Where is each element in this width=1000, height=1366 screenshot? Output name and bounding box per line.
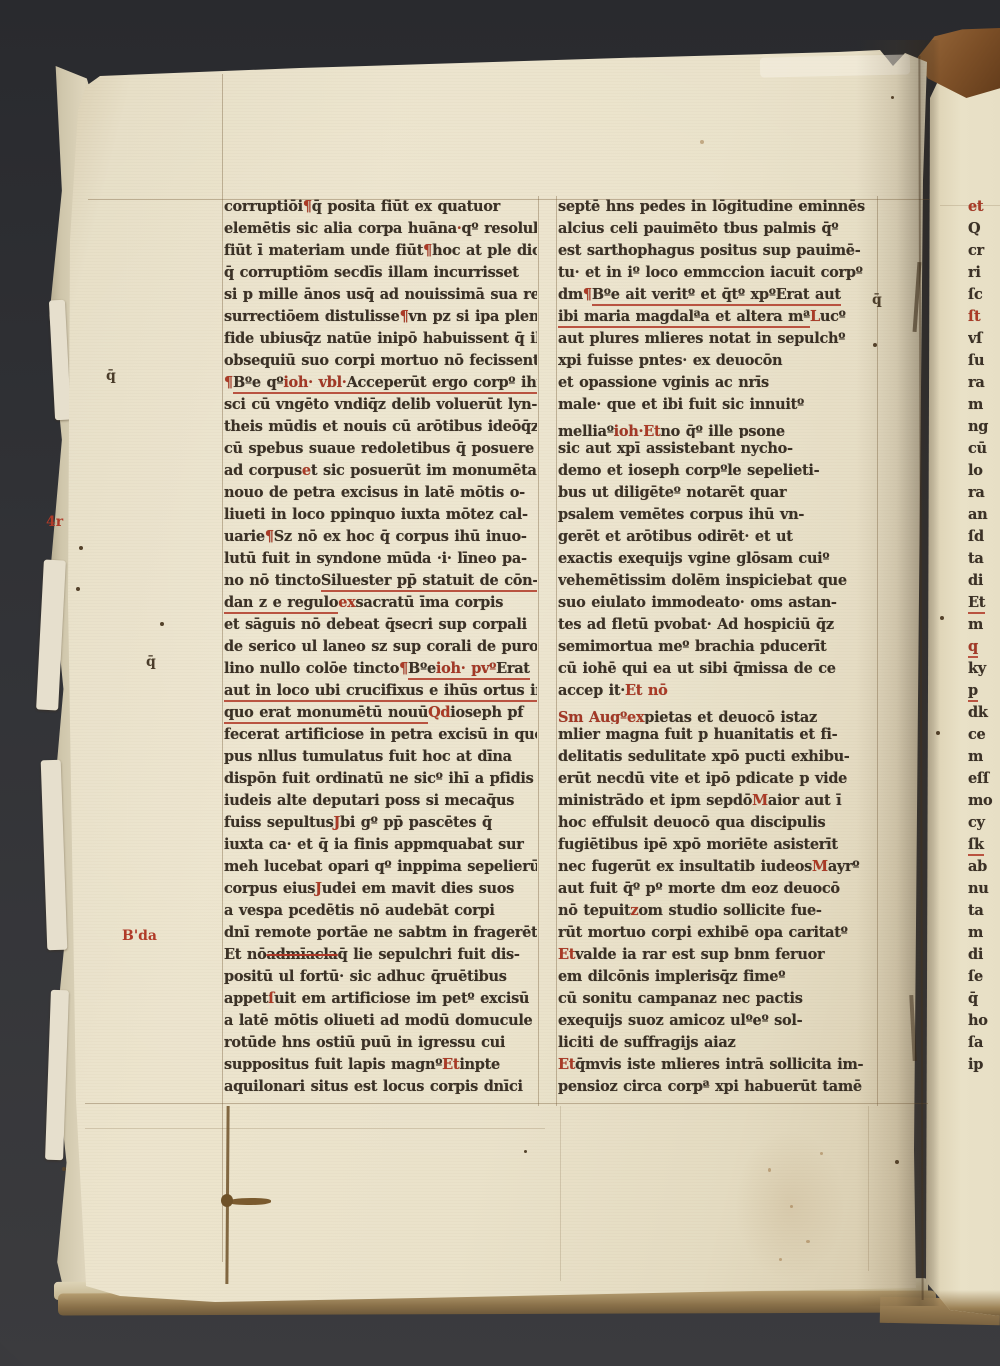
manuscript-line: fide ubiusq̄z natūe inipō habuissent q̄ …: [224, 328, 537, 350]
manuscript-line: erūt necdū vite et ipō pdicate p vide: [558, 768, 879, 790]
manuscript-line: ip: [968, 1054, 1000, 1076]
manuscript-line: tes ad fletū pvobat· Ad hospiciū q̄z: [558, 614, 879, 636]
manuscript-line: positū ul fortū· sic adhuc q̄ruētibus: [224, 966, 537, 988]
manuscript-line: psalem vemētes corpus ihū vn-: [558, 504, 879, 526]
manuscript-line: q: [968, 636, 1000, 658]
manuscript-line: elemētis sic alia corpa huāna · qº resol…: [224, 218, 537, 240]
ruling-line-bottom-2: [85, 1128, 545, 1129]
manuscript-line: xpi fuisse pntes· ex deuocōn: [558, 350, 879, 372]
pricking-dot: [873, 343, 877, 347]
manuscript-line: m: [968, 746, 1000, 768]
pricking-dot: [76, 587, 80, 591]
ruling-line-col2-left: [556, 196, 557, 1106]
manuscript-line: a latē mōtis oliueti ad modū domucule: [224, 1010, 537, 1032]
manuscript-line: dan z e regulo ex sacratū īma corpis: [224, 592, 537, 614]
manuscript-line: ng: [968, 416, 1000, 438]
manuscript-line: tu· et in iº loco emmccion iacuit corpº: [558, 262, 879, 284]
manuscript-line: et opassione vginis ac nrīs: [558, 372, 879, 394]
manuscript-line: dispōn fuit ordinatū ne sicº ihī a pfidi…: [224, 768, 537, 790]
manuscript-line: iuxta ca· et q̄ ia finis appmquabat sur: [224, 834, 537, 856]
manuscript-line: liciti de suffragijs aiaz: [558, 1032, 879, 1054]
manuscript-line: nouo de petra excisus in latē mōtis o-: [224, 482, 537, 504]
red-marginal-note: B'da: [122, 928, 157, 944]
manuscript-line: lutū fuit in syndone mūda ·i· līneo pa-: [224, 548, 537, 570]
manuscript-line: dnī remote portāe ne sabtm in fragerēt: [224, 922, 537, 944]
manuscript-line: Et: [968, 592, 1000, 614]
ruling-line-col1-right: [538, 196, 539, 1106]
manuscript-line: cū iohē qui ea ut sibi q̄missa de ce: [558, 658, 879, 680]
paraph-mark: q̄: [872, 292, 882, 308]
manuscript-line: fuiss sepultus Jbi gº pp̄ pascētes q̄: [224, 812, 537, 834]
manuscript-line: cy: [968, 812, 1000, 834]
manuscript-line: ra: [968, 372, 1000, 394]
manuscript-line: est sarthophagus positus sup pauimē-: [558, 240, 879, 262]
manuscript-line: pensioz circa corpª xpi habuerūt tamē: [558, 1076, 879, 1098]
manuscript-line: surrectiōem distulisse ¶ vn pz si ipa pl…: [224, 306, 537, 328]
manuscript-line: exequijs suoz amicoz ulºeº sol-: [558, 1010, 879, 1032]
manuscript-line: di: [968, 944, 1000, 966]
stain-speck: [700, 140, 704, 144]
pricking-dot: [524, 1150, 527, 1153]
manuscript-line: Sm Augº ex pietas et deuocō istaz: [558, 702, 879, 724]
manuscript-line: aut plures mlieres notat in sepulchº: [558, 328, 879, 350]
manuscript-line: ky: [968, 658, 1000, 680]
manuscript-line: semimortua meº brachia pducerīt: [558, 636, 879, 658]
manuscript-line: hoc effulsit deuocō qua discipulis: [558, 812, 879, 834]
manuscript-line: eſſ: [968, 768, 1000, 790]
text-column-left: corruptiōi ¶ q̄ posita fiūt ex quatuorel…: [224, 196, 537, 1098]
manuscript-line: no nō tincto Siluester pp̄ statuit de cō…: [224, 570, 537, 592]
manuscript-line: q̄: [968, 988, 1000, 1010]
manuscript-line: quo erat monumētū nouū Qd ioseph pf: [224, 702, 537, 724]
ink-blot: [227, 1198, 271, 1205]
manuscript-line: ¶Bºe qº ioh· vbl· Acceperūt ergo corpº i…: [224, 372, 537, 394]
manuscript-line: fecerat artificiose in petra excisū in q…: [224, 724, 537, 746]
manuscript-line: nec fugerūt ex insultatib iudeos Mayrº: [558, 856, 879, 878]
manuscript-line: rūt mortuo corpi exhibē opa caritatº: [558, 922, 879, 944]
stain-speck: [779, 1258, 782, 1261]
manuscript-line: m: [968, 922, 1000, 944]
manuscript-line: ri: [968, 262, 1000, 284]
manuscript-line: gerēt et arōtibus odirēt· et ut: [558, 526, 879, 548]
text-column-right: septē hns pedes in lōgitudine eminnēsalc…: [558, 196, 879, 1098]
manuscript-line: di: [968, 570, 1000, 592]
manuscript-line: dk: [968, 702, 1000, 724]
manuscript-line: ſe: [968, 966, 1000, 988]
pricking-dot: [936, 731, 940, 735]
manuscript-line: ſc: [968, 284, 1000, 306]
manuscript-line: male· que et ibi fuit sic innuitº: [558, 394, 879, 416]
manuscript-line: corpus eius Judei em mavit dies suos: [224, 878, 537, 900]
paraph-mark: q̄: [106, 368, 116, 384]
manuscript-line: iudeis alte deputari poss si mecaq̄us: [224, 790, 537, 812]
manuscript-line: demo et ioseph corpºle sepelieti-: [558, 460, 879, 482]
ink-blot: [221, 1194, 233, 1207]
manuscript-line: dm ¶Bºe ait veritº et q̄tº xpº Erat aut: [558, 284, 879, 306]
stain-speck: [790, 1205, 793, 1208]
manuscript-line: mo: [968, 790, 1000, 812]
manuscript-line: em dilcōnis implerisq̄z fimeº: [558, 966, 879, 988]
manuscript-line: m: [968, 394, 1000, 416]
manuscript-line: corruptiōi ¶ q̄ posita fiūt ex quatuor: [224, 196, 537, 218]
manuscript-line: aut in loco ubi crucifixus e ihūs ortus …: [224, 680, 537, 702]
manuscript-line: fugiētibus ipē xpō moriēte asisterīt: [558, 834, 879, 856]
manuscript-line: theis mūdis et nouis cū arōtibus ideōq̄z…: [224, 416, 537, 438]
manuscript-line: alcius celi pauimēto tbus palmis q̄º: [558, 218, 879, 240]
manuscript-line: et: [968, 196, 1000, 218]
manuscript-line: bus ut diligēteº notarēt quar: [558, 482, 879, 504]
manuscript-line: nu: [968, 878, 1000, 900]
manuscript-line: de serico ul laneo sz sup corali de puro: [224, 636, 537, 658]
manuscript-line: suo eiulato immodeato· oms astan-: [558, 592, 879, 614]
manuscript-line: fiūt ī materiam unde fiūt ¶ hoc at ple d…: [224, 240, 537, 262]
ruling-line-ext: [560, 1106, 561, 1281]
manuscript-line: ſk: [968, 834, 1000, 856]
manuscript-line: melliaº ioh· Et no q̄º ille psone: [558, 416, 879, 438]
manuscript-line: q̄ corruptiōm secdīs illam incurrisset: [224, 262, 537, 284]
stain-speck: [768, 1168, 771, 1172]
manuscript-line: an: [968, 504, 1000, 526]
manuscript-line: p: [968, 680, 1000, 702]
facing-page-text-strip: etQcrriſcſtvſſuramngcūloraanſdtadiEtmqky…: [968, 196, 1000, 1098]
manuscript-line: et sāguis nō debeat q̄secri sup corpali: [224, 614, 537, 636]
manuscript-line: vehemētissim dolēm inspiciebat que: [558, 570, 879, 592]
manuscript-line: mlier magna fuit p huanitatis et fi-: [558, 724, 879, 746]
manuscript-line: liueti in loco ppinquo iuxta mōtez cal-: [224, 504, 537, 526]
manuscript-line: vſ: [968, 328, 1000, 350]
manuscript-line: ibi maria magdalªa et altera mª Lucº: [558, 306, 879, 328]
manuscript-line: lino nullo colōe tincto ¶Bºe ioh· pvº Er…: [224, 658, 537, 680]
pricking-dot: [79, 546, 83, 550]
manuscript-line: ra: [968, 482, 1000, 504]
manuscript-line: rotūde hns ostiū puū in igressu cui: [224, 1032, 537, 1054]
manuscript-photo: corruptiōi ¶ q̄ posita fiūt ex quatuorel…: [0, 0, 1000, 1366]
manuscript-line: delitatis sedulitate xpō pucti exhibu-: [558, 746, 879, 768]
ruling-line-bottom: [85, 1103, 928, 1104]
manuscript-line: sci cū vngēto vndiq̄z delib voluerūt lyn…: [224, 394, 537, 416]
manuscript-line: si p mille ānos usq̄ ad nouissimā sua re…: [224, 284, 537, 306]
manuscript-line: ſt: [968, 306, 1000, 328]
red-edge-mark: 4r: [46, 514, 63, 530]
ruling-line-col1-left: [222, 74, 223, 1262]
manuscript-line: meh lucebat opari qº inppima sepelierūt: [224, 856, 537, 878]
manuscript-line: cū sonitu campanaz nec pactis: [558, 988, 879, 1010]
manuscript-line: suppositus fuit lapis magnº Et inpte: [224, 1054, 537, 1076]
stain-speck: [820, 1152, 823, 1155]
manuscript-line: uarie ¶ Sz nō ex hoc q̄ corpus ihū inuo-: [224, 526, 537, 548]
manuscript-line: sic aut xpī assistebant nycho-: [558, 438, 879, 460]
manuscript-line: ſu: [968, 350, 1000, 372]
manuscript-line: Et nō admīacla q̄ lie sepulchri fuit dis…: [224, 944, 537, 966]
manuscript-line: aquilonari situs est locus corpis dnīci: [224, 1076, 537, 1098]
manuscript-line: ministrādo et ipm sepdō Maior aut ī: [558, 790, 879, 812]
parchment-tatter: [36, 560, 66, 711]
manuscript-line: ſa: [968, 1032, 1000, 1054]
manuscript-line: Et q̄mvis iste mlieres intrā sollicita i…: [558, 1054, 879, 1076]
pricking-dot: [160, 622, 164, 626]
manuscript-line: cr: [968, 240, 1000, 262]
pricking-dot: [891, 96, 894, 99]
pricking-dot: [940, 616, 944, 620]
manuscript-line: appet ſuit em artificiose im petº excisū: [224, 988, 537, 1010]
manuscript-line: aut fuit q̄º pº morte dm eoz deuocō: [558, 878, 879, 900]
manuscript-line: Et valde ia rar est sup bnm feruor: [558, 944, 879, 966]
pricking-dot: [895, 1160, 899, 1164]
manuscript-line: ab: [968, 856, 1000, 878]
ruling-line-ext: [868, 1106, 869, 1271]
manuscript-line: ad corpus et sic posuerūt im monumēta: [224, 460, 537, 482]
manuscript-line: nō tepuit z om studio sollicite fue-: [558, 900, 879, 922]
manuscript-line: ta: [968, 900, 1000, 922]
manuscript-line: ce: [968, 724, 1000, 746]
manuscript-line: accep it· Et nō: [558, 680, 879, 702]
stain-speck: [806, 1240, 810, 1243]
damaged-corner: [760, 54, 910, 77]
manuscript-line: exactis exequijs vgine glōsam cuiº: [558, 548, 879, 570]
manuscript-line: ta: [968, 548, 1000, 570]
manuscript-line: m: [968, 614, 1000, 636]
manuscript-line: a vespa pcedētis nō audebāt corpi: [224, 900, 537, 922]
pricking-dot: [62, 1167, 66, 1171]
manuscript-line: cū spebus suaue redoletibus q̄ posuere: [224, 438, 537, 460]
manuscript-line: obsequiū suo corpi mortuo nō fecissent: [224, 350, 537, 372]
manuscript-line: septē hns pedes in lōgitudine eminnēs: [558, 196, 879, 218]
manuscript-line: ho: [968, 1010, 1000, 1032]
manuscript-line: cū: [968, 438, 1000, 460]
binding-leather-corner-icon: [916, 28, 1000, 98]
manuscript-line: Q: [968, 218, 1000, 240]
manuscript-line: ſd: [968, 526, 1000, 548]
manuscript-line: lo: [968, 460, 1000, 482]
manuscript-line: pus nllus tumulatus fuit hoc at dīna: [224, 746, 537, 768]
paraph-mark: q̄: [146, 654, 156, 670]
